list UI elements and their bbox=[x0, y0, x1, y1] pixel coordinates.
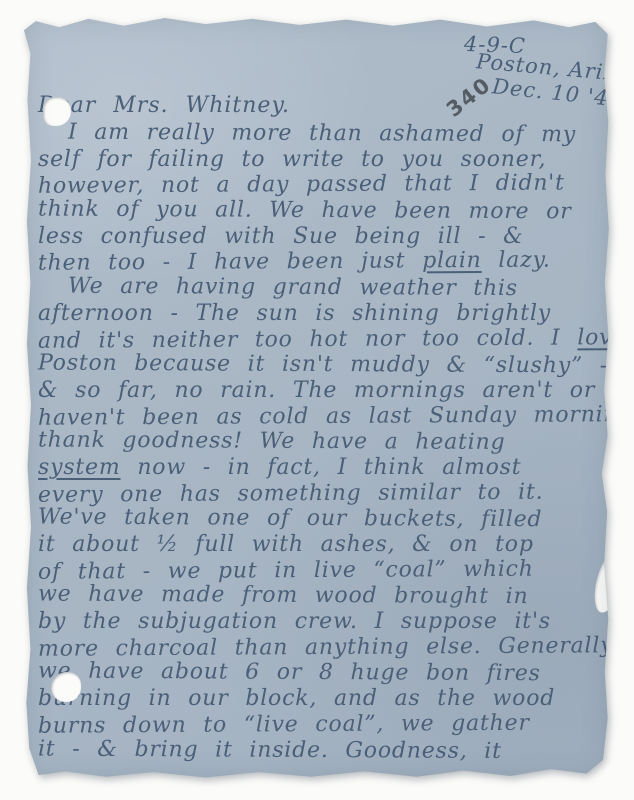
page-number-stamp: 340 bbox=[442, 72, 496, 122]
letter-line: afternoon - The sun is shining brightly bbox=[38, 301, 604, 327]
letter-paper-wrap: 4-9-C Poston, Arizona Dec. 10 '42 340 De… bbox=[24, 15, 610, 779]
scanned-letter-scene: 4-9-C Poston, Arizona Dec. 10 '42 340 De… bbox=[0, 0, 634, 800]
letter-line: system now - in fact, I think almost bbox=[38, 455, 604, 481]
letter-line: every one has something similar to it. bbox=[38, 479, 604, 508]
letter-line: and it's neither too hot nor too cold. I… bbox=[38, 325, 604, 354]
letter-line: thank goodness! We have a heating bbox=[38, 428, 604, 457]
letter-line: we have made from wood brought in bbox=[38, 582, 604, 611]
letter-line: I am really more than ashamed of my bbox=[38, 120, 604, 149]
letter-body: I am really more than ashamed of myself … bbox=[38, 121, 604, 763]
letter-line: less confused with Sue being ill - & bbox=[38, 224, 604, 250]
letter-line: of that - we put in live “coal” which bbox=[38, 556, 604, 585]
letter-line: think of you all. We have been more or bbox=[38, 197, 604, 226]
letter-line: it - & bring it inside. Goodness, it bbox=[38, 736, 604, 765]
letter-line: We've taken one of our buckets, filled bbox=[38, 505, 604, 534]
salutation: Dear Mrs. Whitney. bbox=[38, 93, 290, 118]
letter-line: however, not a day passed that I didn't bbox=[38, 171, 604, 200]
letter-line: we have about 6 or 8 huge bon fires bbox=[38, 659, 604, 688]
letter-line: burning in our block, and as the wood bbox=[38, 686, 604, 712]
letter-line: self for failing to write to you sooner, bbox=[38, 147, 604, 173]
letter-line: burns down to “live coal”, we gather bbox=[38, 710, 604, 739]
letter-line: more charcoal than anything else. Genera… bbox=[38, 633, 604, 662]
letter-line: haven't been as cold as last Sunday morn… bbox=[38, 402, 604, 431]
letter-line: We are having grand weather this bbox=[38, 274, 604, 303]
letter-line: it about ½ full with ashes, & on top bbox=[38, 532, 604, 558]
letter-line: then too - I have been just plain lazy. bbox=[38, 248, 604, 277]
letter-paper: 4-9-C Poston, Arizona Dec. 10 '42 340 De… bbox=[24, 15, 610, 779]
letter-line: & so far, no rain. The mornings aren't o… bbox=[38, 378, 604, 404]
punch-hole-bottom bbox=[51, 672, 81, 702]
letter-line: Poston because it isn't muddy & “slushy”… bbox=[38, 351, 604, 380]
letter-line: by the subjugation crew. I suppose it's bbox=[38, 609, 604, 635]
